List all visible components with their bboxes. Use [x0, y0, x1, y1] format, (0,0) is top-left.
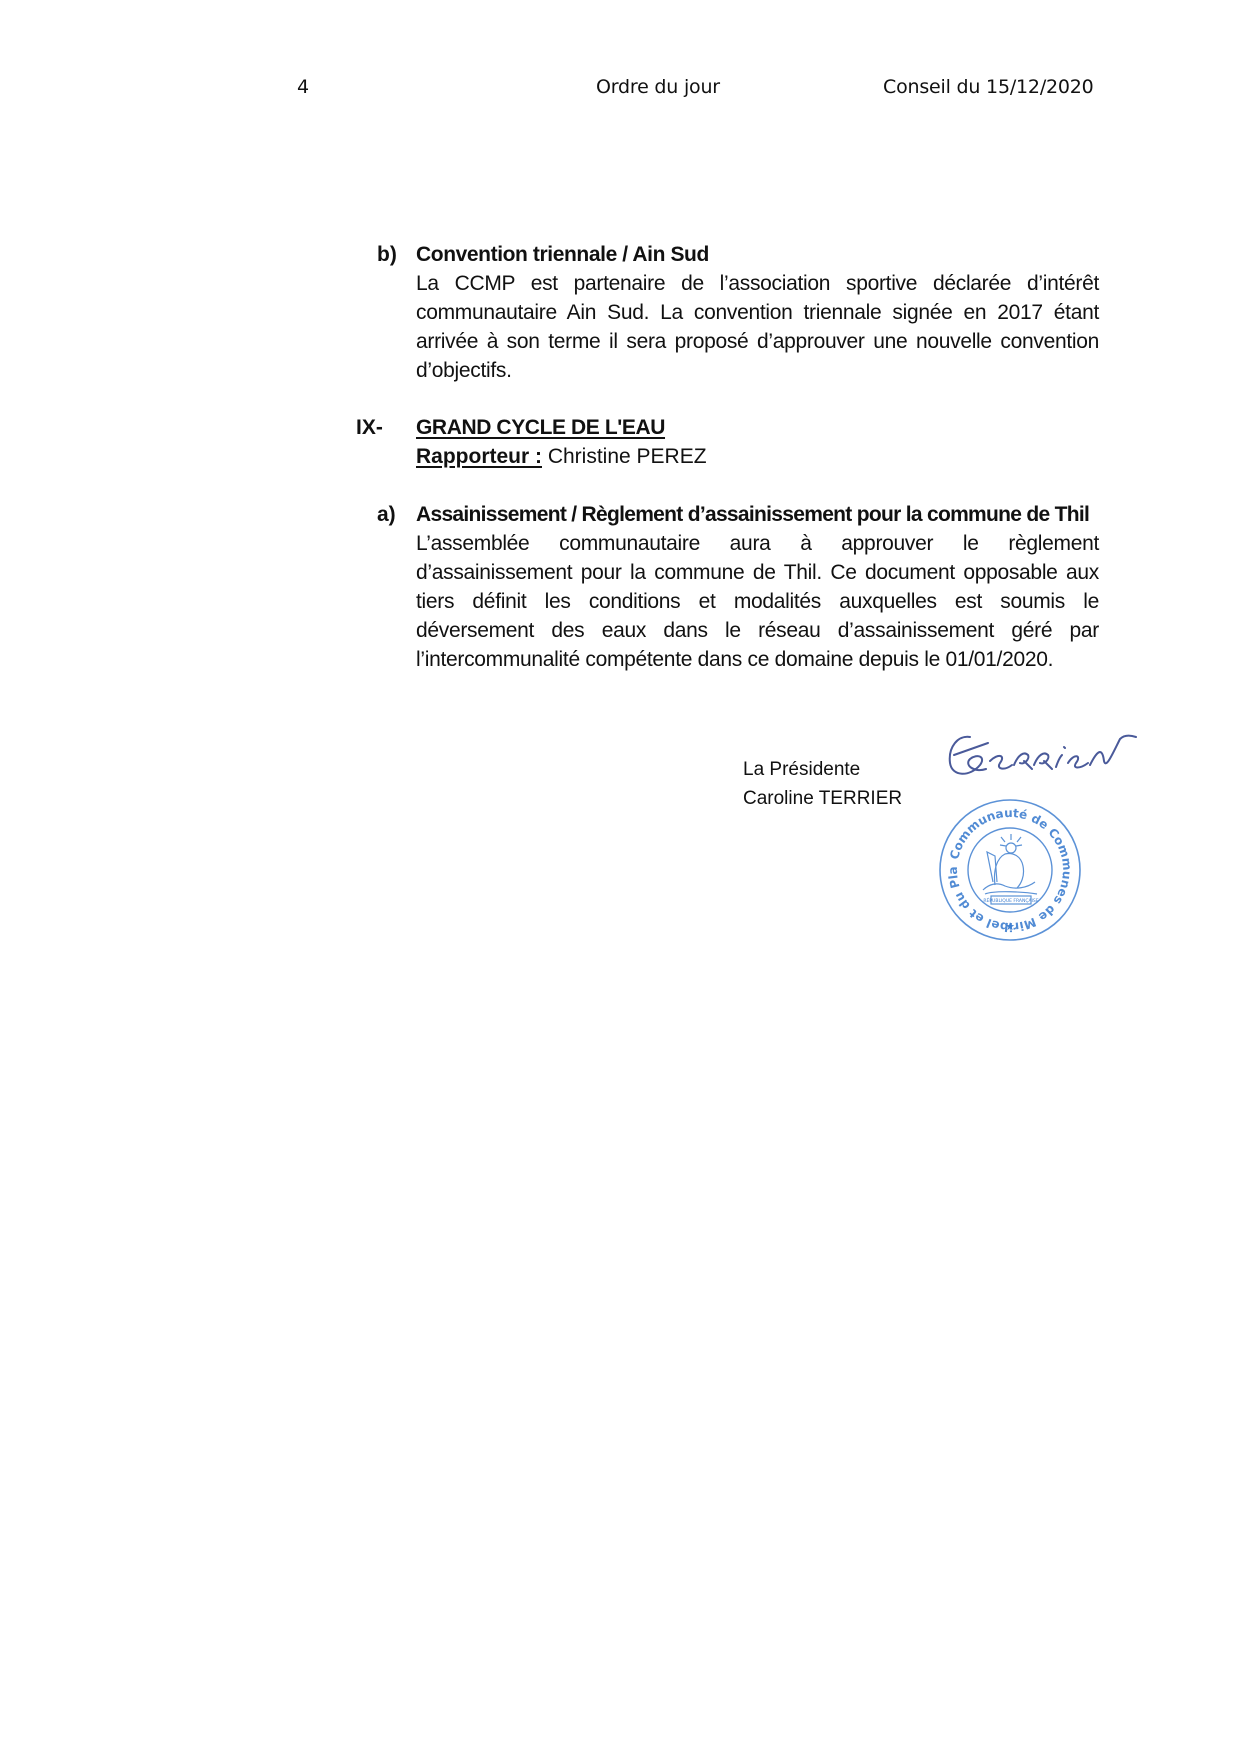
signatory-name: Caroline TERRIER — [743, 784, 902, 813]
section-ix-label: IX- — [356, 413, 383, 442]
section-title: Convention triennale / Ain Sud — [416, 240, 1099, 269]
header-title: Ordre du jour — [596, 76, 720, 98]
signature-block: La Présidente Caroline TERRIER — [743, 755, 902, 813]
section-assainissement: Assainissement / Règlement d’assainissem… — [416, 500, 1106, 674]
rapporteur-label: Rapporteur : — [416, 445, 542, 468]
svg-text:Communauté de Communes de Miri: Communauté de Communes de Miribel et du … — [935, 790, 1074, 934]
section-b-label: b) — [377, 240, 397, 269]
section-grand-cycle-eau: GRAND CYCLE DE L'EAU Rapporteur : Christ… — [416, 413, 1099, 471]
section-heading: GRAND CYCLE DE L'EAU — [416, 413, 1099, 442]
signatory-role: La Présidente — [743, 755, 902, 784]
rapporteur-name: Christine PEREZ — [542, 445, 707, 468]
section-title: Assainissement / Règlement d’assainissem… — [416, 500, 1106, 529]
header-date: Conseil du 15/12/2020 — [883, 76, 1094, 98]
page-number: 4 — [297, 76, 309, 98]
section-a-label: a) — [377, 500, 396, 529]
official-stamp-icon: Communauté de Communes de Miribel et du … — [935, 790, 1085, 950]
section-body: La CCMP est partenaire de l’association … — [416, 269, 1099, 385]
handwritten-signature-icon — [940, 725, 1140, 790]
section-body: L’assemblée communautaire aura à approuv… — [416, 529, 1099, 674]
section-convention-triennale: Convention triennale / Ain Sud La CCMP e… — [416, 240, 1099, 385]
rapporteur-line: Rapporteur : Christine PEREZ — [416, 442, 1099, 471]
svg-text:★: ★ — [1005, 920, 1015, 933]
